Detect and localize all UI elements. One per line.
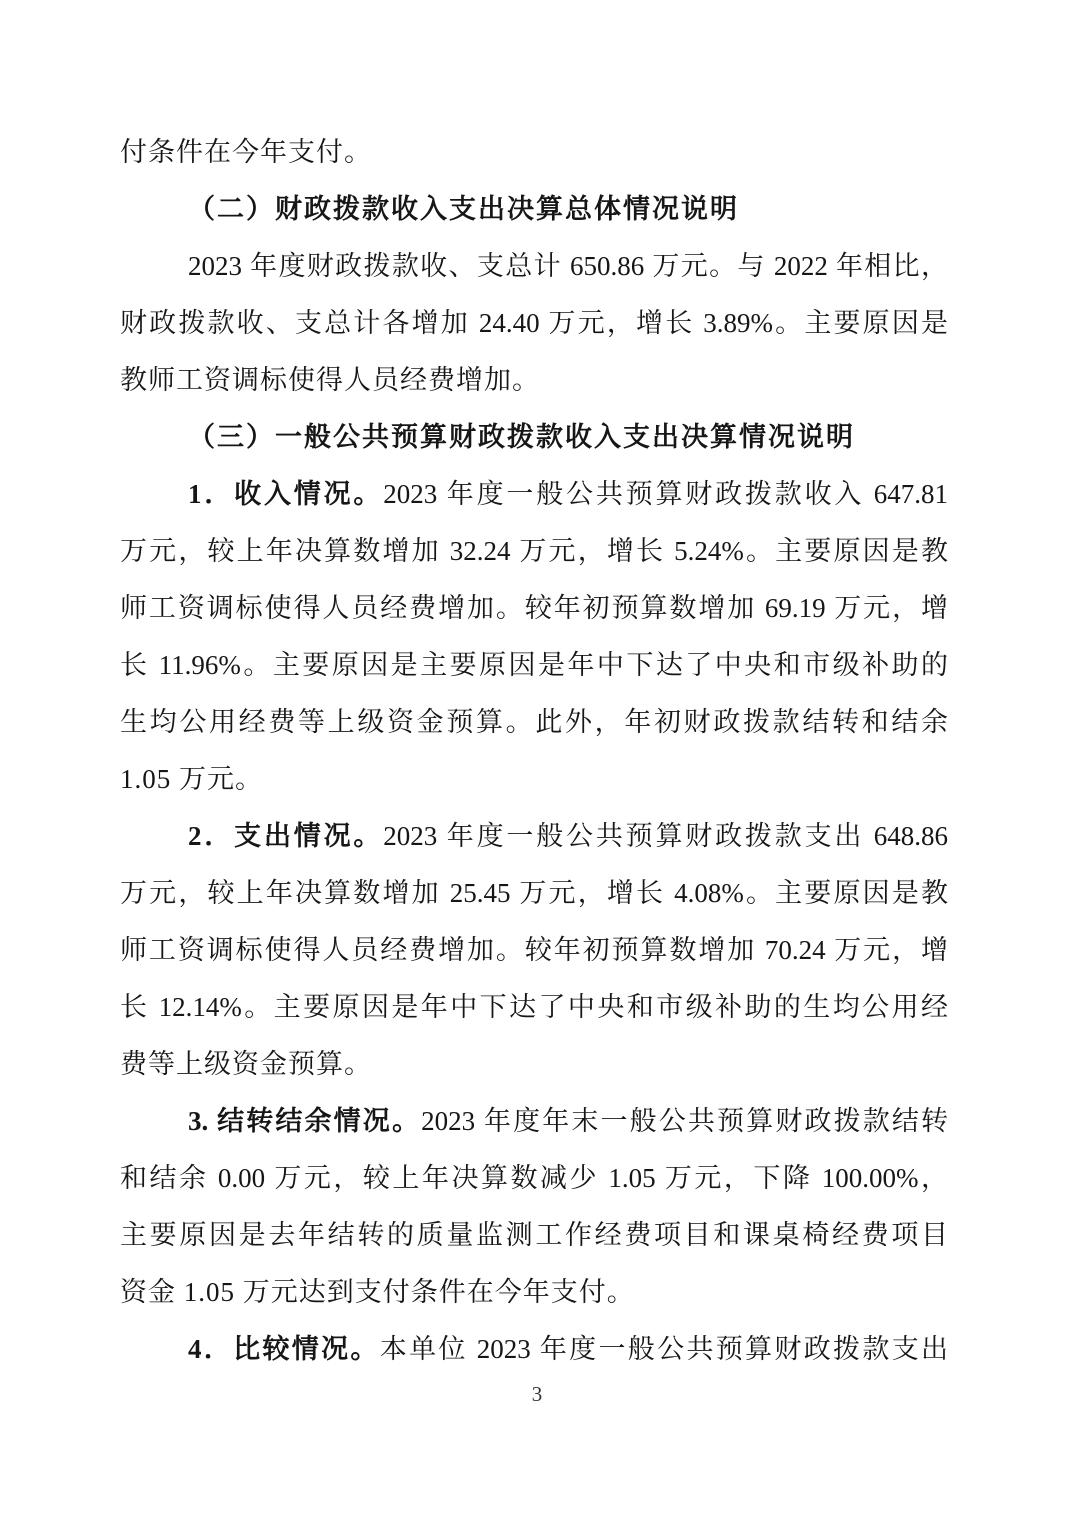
line-bold-text: （二）财政拨款收入支出决算总体情况说明 <box>188 194 739 224</box>
doc-line: 付条件在今年支付。 <box>120 124 948 181</box>
doc-line: 4．比较情况。本单位 2023 年度一般公共预算财政拨款支出 <box>120 1321 948 1378</box>
line-bold-text: 4．比较情况。 <box>188 1334 380 1364</box>
line-text: 2023 年度财政拨款收、支总计 650.86 万元。与 2022 年相比， <box>188 251 948 281</box>
line-text: 2023 年度一般公共预算财政拨款收入 647.81 <box>383 479 948 509</box>
line-text: 师工资调标使得人员经费增加。较年初预算数增加 69.19 万元，增 <box>120 593 948 623</box>
doc-line: 长 12.14%。主要原因是年中下达了中央和市级补助的生均公用经 <box>120 979 948 1036</box>
doc-line: 资金 1.05 万元达到支付条件在今年支付。 <box>120 1264 948 1321</box>
line-text: 师工资调标使得人员经费增加。较年初预算数增加 70.24 万元，增 <box>120 935 948 965</box>
doc-line: 生均公用经费等上级资金预算。此外，年初财政拨款结转和结余 <box>120 694 948 751</box>
doc-line: 教师工资调标使得人员经费增加。 <box>120 352 948 409</box>
doc-line: 万元，较上年决算数增加 32.24 万元，增长 5.24%。主要原因是教 <box>120 523 948 580</box>
line-text: 万元，较上年决算数增加 32.24 万元，增长 5.24%。主要原因是教 <box>120 536 948 566</box>
section-heading: （三）一般公共预算财政拨款收入支出决算情况说明 <box>120 409 948 466</box>
document-page: 付条件在今年支付。 （二）财政拨款收入支出决算总体情况说明 2023 年度财政拨… <box>0 0 1074 1520</box>
line-text: 财政拨款收、支总计各增加 24.40 万元，增长 3.89%。主要原因是 <box>120 308 948 338</box>
line-bold-text: 1．收入情况。 <box>188 479 383 509</box>
doc-line: 师工资调标使得人员经费增加。较年初预算数增加 69.19 万元，增 <box>120 580 948 637</box>
line-text: 本单位 2023 年度一般公共预算财政拨款支出 <box>380 1334 948 1364</box>
doc-line: 万元，较上年决算数增加 25.45 万元，增长 4.08%。主要原因是教 <box>120 865 948 922</box>
line-text: 2023 年度年末一般公共预算财政拨款结转 <box>421 1106 948 1136</box>
doc-line: 3. 结转结余情况。2023 年度年末一般公共预算财政拨款结转 <box>120 1093 948 1150</box>
doc-line: 2023 年度财政拨款收、支总计 650.86 万元。与 2022 年相比， <box>120 238 948 295</box>
line-text: 付条件在今年支付。 <box>120 137 372 167</box>
line-text: 教师工资调标使得人员经费增加。 <box>120 365 540 395</box>
line-bold-text: （三）一般公共预算财政拨款收入支出决算情况说明 <box>188 422 855 452</box>
doc-line: 师工资调标使得人员经费增加。较年初预算数增加 70.24 万元，增 <box>120 922 948 979</box>
doc-line: 费等上级资金预算。 <box>120 1036 948 1093</box>
line-text: 长 12.14%。主要原因是年中下达了中央和市级补助的生均公用经 <box>120 992 948 1022</box>
doc-line: 长 11.96%。主要原因是主要原因是年中下达了中央和市级补助的 <box>120 637 948 694</box>
line-text: 长 11.96%。主要原因是主要原因是年中下达了中央和市级补助的 <box>120 650 948 680</box>
document-body: 付条件在今年支付。 （二）财政拨款收入支出决算总体情况说明 2023 年度财政拨… <box>120 124 948 1378</box>
line-text: 万元，较上年决算数增加 25.45 万元，增长 4.08%。主要原因是教 <box>120 878 948 908</box>
section-heading: （二）财政拨款收入支出决算总体情况说明 <box>120 181 948 238</box>
line-text: 1.05 万元。 <box>120 764 263 794</box>
page-number: 3 <box>0 1382 1074 1407</box>
line-text: 主要原因是去年结转的质量监测工作经费项目和课桌椅经费项目 <box>120 1220 948 1250</box>
doc-line: 和结余 0.00 万元，较上年决算数减少 1.05 万元，下降 100.00%， <box>120 1150 948 1207</box>
line-text: 生均公用经费等上级资金预算。此外，年初财政拨款结转和结余 <box>120 707 948 737</box>
doc-line: 财政拨款收、支总计各增加 24.40 万元，增长 3.89%。主要原因是 <box>120 295 948 352</box>
doc-line: 1.05 万元。 <box>120 751 948 808</box>
line-text: 2023 年度一般公共预算财政拨款支出 648.86 <box>383 821 948 851</box>
line-text: 和结余 0.00 万元，较上年决算数减少 1.05 万元，下降 100.00%， <box>120 1163 948 1193</box>
line-bold-text: 2．支出情况。 <box>188 821 383 851</box>
line-text: 资金 1.05 万元达到支付条件在今年支付。 <box>120 1277 635 1307</box>
doc-line: 主要原因是去年结转的质量监测工作经费项目和课桌椅经费项目 <box>120 1207 948 1264</box>
line-bold-text: 3. 结转结余情况。 <box>188 1106 421 1136</box>
doc-line: 2．支出情况。2023 年度一般公共预算财政拨款支出 648.86 <box>120 808 948 865</box>
doc-line: 1．收入情况。2023 年度一般公共预算财政拨款收入 647.81 <box>120 466 948 523</box>
line-text: 费等上级资金预算。 <box>120 1049 372 1079</box>
